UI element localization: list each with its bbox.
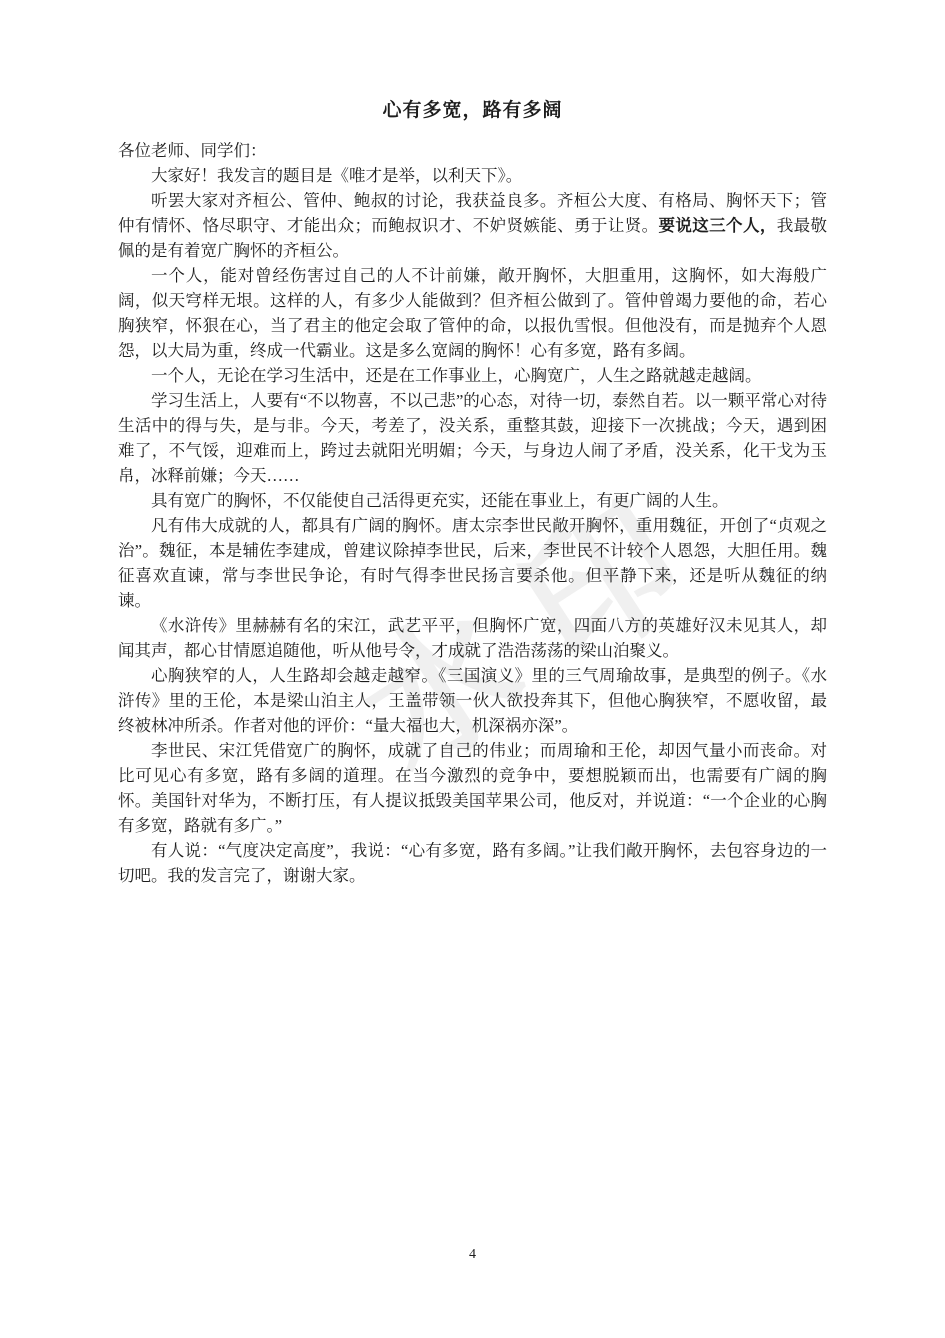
paragraph-text: 李世民、宋江凭借宽广的胸怀，成就了自己的伟业；而周瑜和王伦，却因气量小而丧命。对… [118, 741, 827, 835]
paragraph-text: 一个人，能对曾经伤害过自己的人不计前嫌，敞开胸怀，大胆重用，这胸怀，如大海般广阔… [118, 266, 827, 360]
paragraph: 具有宽广的胸怀，不仅能使自己活得更充实，还能在事业上，有更广阔的人生。 [118, 488, 827, 513]
paragraph-text: 学习生活上，人要有“不以物喜，不以己悲”的心态，对待一切，泰然自若。以一颗平常心… [118, 391, 827, 485]
page-title: 心有多宽，路有多阔 [118, 97, 827, 124]
paragraph-text: 一个人，无论在学习生活中，还是在工作事业上，心胸宽广，人生之路就越走越阔。 [151, 366, 762, 385]
paragraph: 学习生活上，人要有“不以物喜，不以己悲”的心态，对待一切，泰然自若。以一颗平常心… [118, 388, 827, 488]
document-page: 水印 心有多宽，路有多阔 各位老师、同学们：大家好！我发言的题目是《唯才是举，以… [0, 0, 945, 1338]
paragraph-text: 大家好！我发言的题目是《唯才是举，以利天下》。 [151, 166, 522, 185]
paragraph: 心胸狭窄的人，人生路却会越走越窄。《三国演义》里的三气周瑜故事，是典型的例子。《… [118, 663, 827, 738]
paragraph: 一个人，无论在学习生活中，还是在工作事业上，心胸宽广，人生之路就越走越阔。 [118, 363, 827, 388]
paragraph: 凡有伟大成就的人，都具有广阔的胸怀。唐太宗李世民敞开胸怀，重用魏征，开创了“贞观… [118, 513, 827, 613]
page-number: 4 [0, 1246, 945, 1264]
paragraph-text: 具有宽广的胸怀，不仅能使自己活得更充实，还能在事业上，有更广阔的人生。 [151, 491, 729, 510]
paragraph-text-bold: 要说这三个人， [659, 216, 777, 235]
paragraph: 各位老师、同学们： [118, 138, 827, 163]
paragraph: 一个人，能对曾经伤害过自己的人不计前嫌，敞开胸怀，大胆重用，这胸怀，如大海般广阔… [118, 263, 827, 363]
paragraph-text: 《水浒传》里赫赫有名的宋江，武艺平平，但胸怀广宽，四面八方的英雄好汉未见其人，却… [118, 616, 827, 660]
paragraph: 李世民、宋江凭借宽广的胸怀，成就了自己的伟业；而周瑜和王伦，却因气量小而丧命。对… [118, 738, 827, 838]
paragraph: 听罢大家对齐桓公、管仲、鲍叔的讨论，我获益良多。齐桓公大度、有格局、胸怀天下；管… [118, 188, 827, 263]
paragraph: 大家好！我发言的题目是《唯才是举，以利天下》。 [118, 163, 827, 188]
paragraph: 有人说：“气度决定高度”，我说：“心有多宽，路有多阔。”让我们敞开胸怀，去包容身… [118, 838, 827, 888]
paragraph-text: 心胸狭窄的人，人生路却会越走越窄。《三国演义》里的三气周瑜故事，是典型的例子。《… [118, 666, 827, 735]
paragraph-text: 凡有伟大成就的人，都具有广阔的胸怀。唐太宗李世民敞开胸怀，重用魏征，开创了“贞观… [118, 516, 827, 610]
paragraph: 《水浒传》里赫赫有名的宋江，武艺平平，但胸怀广宽，四面八方的英雄好汉未见其人，却… [118, 613, 827, 663]
paragraph-text: 有人说：“气度决定高度”，我说：“心有多宽，路有多阔。”让我们敞开胸怀，去包容身… [118, 841, 827, 885]
document-content: 心有多宽，路有多阔 各位老师、同学们：大家好！我发言的题目是《唯才是举，以利天下… [118, 97, 827, 888]
document-body: 各位老师、同学们：大家好！我发言的题目是《唯才是举，以利天下》。听罢大家对齐桓公… [118, 138, 827, 888]
paragraph-text: 各位老师、同学们： [118, 141, 267, 160]
